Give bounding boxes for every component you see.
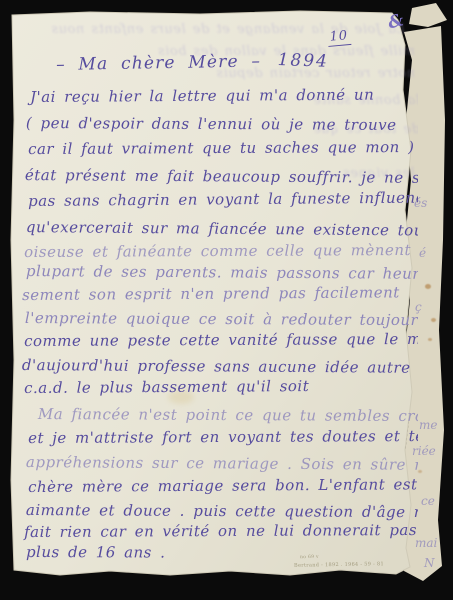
letter-line: Ma fiancée n'est point ce que tu sembles… [38,405,418,425]
letter-line: J'ai reçu hier la lettre qui m'a donné u… [30,86,374,106]
ink-flourish: & [386,10,406,33]
letter-line: et je m'attriste fort en voyant tes dout… [28,427,418,447]
letter-line: comme une peste cette vanité fausse que … [24,330,418,350]
foxing-spot [425,284,431,289]
letter-line: l'empreinte quoique ce soit à redouter t… [25,309,418,329]
letter-line: d'aujourd'hui professe sans aucune idée … [22,356,411,377]
letter-line: aimante et douce . puis cette question d… [26,501,418,521]
ink-layer: La Joie de la vendange et de leurs enfan… [0,0,418,600]
margin-fragment: és [414,196,427,210]
margin-fragment: riée [412,444,436,458]
margin-fragment: é [419,246,426,260]
letter-line: c.a.d. le plus bassement qu'il soit [24,377,309,397]
letter-line: qu'exercerait sur ma fiancée une existen… [26,218,418,240]
margin-fragment: ce [421,494,435,508]
letter-line: oiseuse et fainéante comme celle que mèn… [24,241,418,261]
bleedthrough-line: notre retour certain depuis [245,66,415,81]
margin-fragment: N [424,556,435,570]
salutation: – Ma chère Mère – [56,51,261,75]
foxing-spot [418,470,422,473]
margin-fragment: me [419,418,437,432]
foxing-spot [428,338,432,341]
bleedthrough-line: La Joie de la vendange et de leurs enfan… [55,22,405,37]
margin-fragment: mai [415,536,437,550]
letter-line: car il faut vraiment que tu saches que m… [28,138,414,158]
letter-line: ( peu d'espoir dans l'ennui où je me tro… [26,114,397,134]
letter-line: appréhensions sur ce mariage . Sois en s… [26,453,418,474]
letter-line: sement son esprit n'en prend pas facilem… [22,283,400,304]
letter-line: fait rien car en vérité on ne lui donner… [24,521,417,541]
photograph-of-letter: La Joie de la vendange et de leurs enfan… [0,0,453,600]
pencil-note-line1: no 69 v [300,555,319,560]
letter-line: pas sans chagrin en voyant la funeste in… [28,188,418,210]
letter-line: plus de 16 ans . [26,543,166,561]
letter-date: 1894 [277,50,329,72]
letter-line: plupart de ses parents. mais passons car… [26,262,418,283]
letter-line: chère mère ce mariage sera bon. L'enfant… [28,475,418,496]
page-number: 10 [327,28,351,47]
margin-fragment: ç [415,300,422,314]
foxing-spot [431,318,436,322]
letter-line: état présent me fait beaucoup souffrir. … [25,166,418,187]
